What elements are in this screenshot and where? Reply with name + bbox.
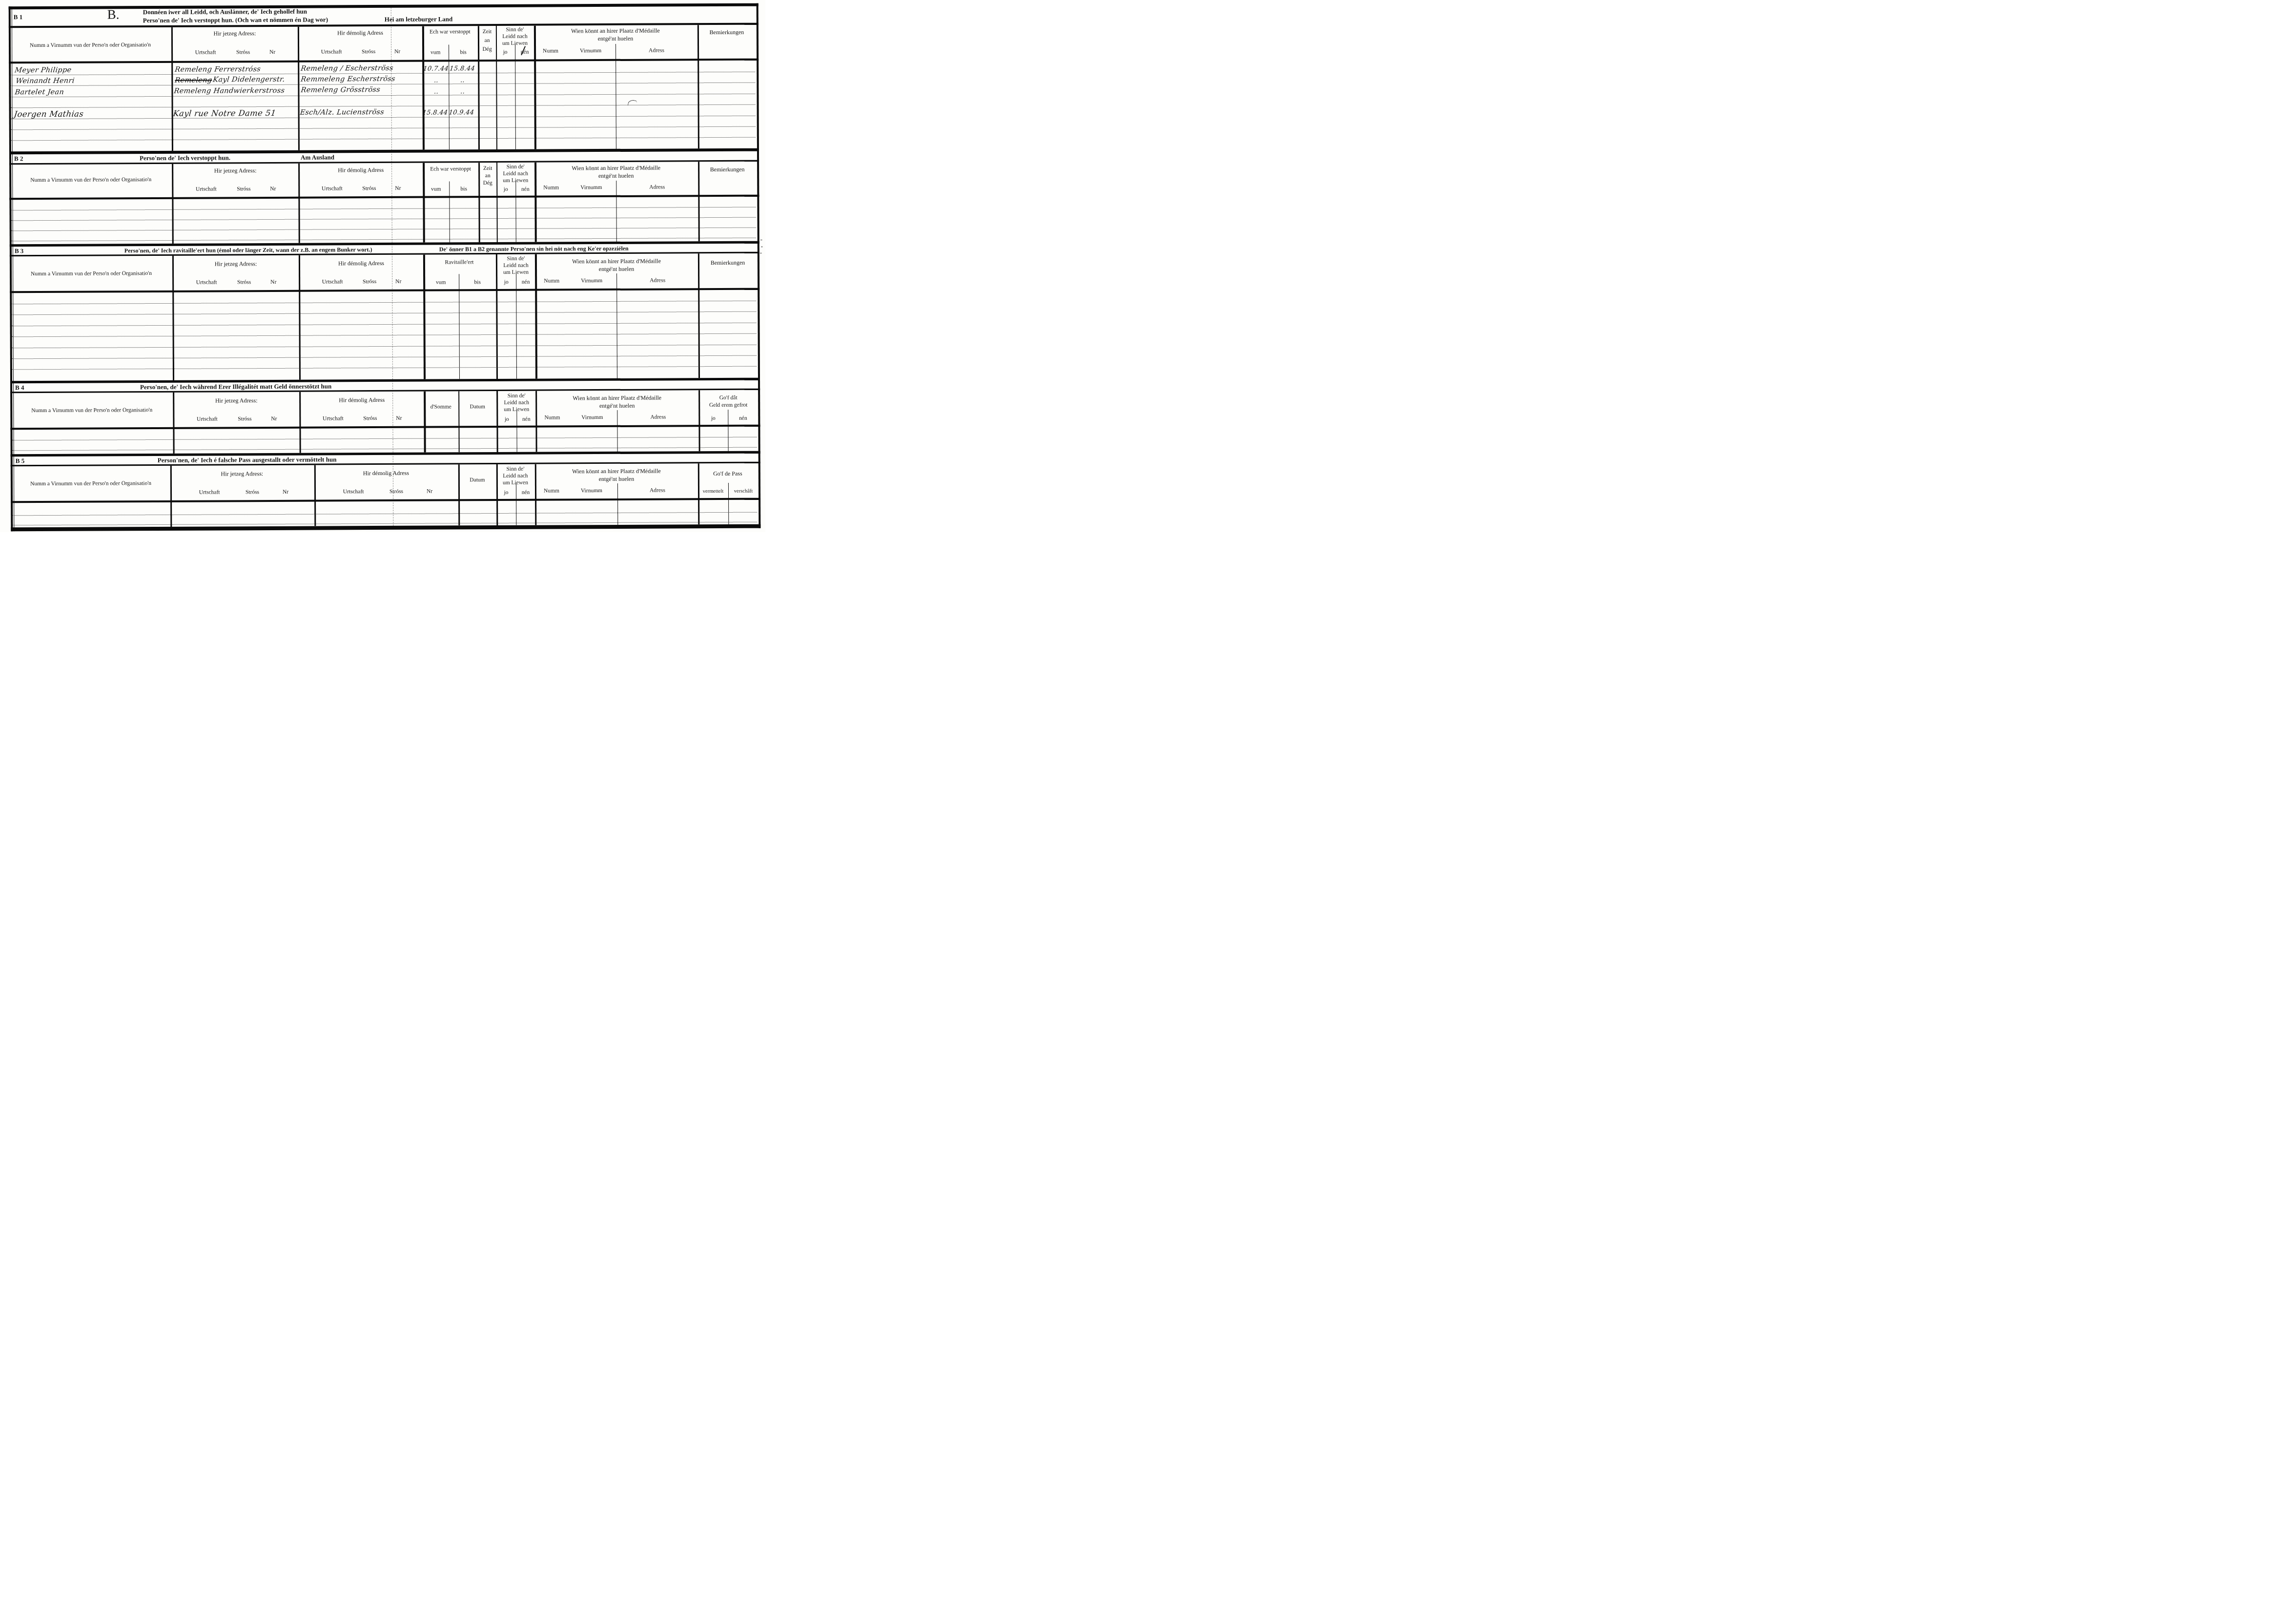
b4-gof-line1: Go'f dât <box>719 395 738 401</box>
rule-b1-header-bottom <box>9 59 758 64</box>
b5-demolig-urtschaft: Urtschaft <box>343 489 364 495</box>
entry-vum: 15.8.44 <box>422 109 449 116</box>
scan-speck <box>760 253 762 254</box>
b4-sinn-2: Leidd nach <box>504 400 529 406</box>
b4-numm: Numm <box>544 415 560 420</box>
b1-adress: Adress <box>649 47 664 53</box>
b2-col-line <box>534 163 537 242</box>
b3-adress: Adress <box>650 277 665 283</box>
rule-b5-title-bottom <box>11 462 760 467</box>
entry-jetzeg: Remeleng Handwierkerstross <box>173 87 285 95</box>
b2-period-title: Ech war verstoppt <box>430 166 471 172</box>
b2-virnumm: Virnumm <box>580 185 602 190</box>
b1-col-line <box>422 26 425 150</box>
b1-bemierkungen: Bemierkungen <box>710 29 744 36</box>
b2-numm: Numm <box>543 185 559 190</box>
rule-b2-header-bottom <box>9 195 759 200</box>
b2-row-line <box>11 228 756 231</box>
b5-col-line <box>535 464 537 525</box>
b3-demolig-urtschaft: Urtschaft <box>322 279 343 285</box>
b4-jetzeg-stross: Stróss <box>238 416 251 422</box>
section-b2-label: B 2 <box>14 155 23 163</box>
rule-b2-top <box>9 148 759 155</box>
section-b5-label: B 5 <box>16 457 24 465</box>
b2-row-line <box>11 238 756 242</box>
b5-jetzeg-nr: Nr <box>283 489 288 495</box>
b3-sinn-1: Sinn de' <box>507 256 525 262</box>
section-b2-title: Perso'nen de' Iech verstoppt hun. <box>140 154 230 162</box>
b1-sinn-1: Sinn de' <box>506 27 524 33</box>
b3-nen: nén <box>522 279 530 285</box>
b5-sinn-2: Leidd nach <box>503 473 528 479</box>
right-border <box>756 3 760 528</box>
b3-numm: Numm <box>544 278 559 284</box>
b1-jetzeg-title: Hir jetzeg Adress: <box>214 30 256 37</box>
entry-bis-ditto: .. <box>460 88 466 95</box>
b1-col-line <box>697 25 699 148</box>
b5-demolig-title: Hir démolig Adress <box>363 470 409 477</box>
b3-sinn-2: Leidd nach <box>503 263 528 269</box>
b3-row-line <box>12 323 757 327</box>
b2-wien-line1: Wien könnt an hirer Plaatz d'Médaille <box>572 165 660 172</box>
b5-pass-vermettelt: vermettelt <box>703 489 724 494</box>
entry-vum-ditto: .. <box>433 77 439 84</box>
b2-col-line <box>698 162 700 241</box>
b5-col-line <box>170 466 172 527</box>
section-b4-label: B 4 <box>15 384 24 392</box>
b3-row-line <box>12 355 757 359</box>
pen-squiggle-mark <box>628 100 637 106</box>
b2-demolig-stross: Stróss <box>362 186 376 191</box>
b3-name-col-header: Numm a Virnumm vun der Perso'n oder Orga… <box>31 270 152 277</box>
b1-col-line <box>496 26 497 149</box>
b2-bis: bis <box>461 186 467 192</box>
b3-sinn-3: um Liewen <box>503 270 529 275</box>
b4-subcol-line <box>728 410 729 451</box>
b5-pass-title: Go'f de Pass <box>713 470 742 477</box>
b2-sinn-3: um Liewen <box>503 178 528 184</box>
b1-virnumm: Virnumm <box>580 48 601 54</box>
b3-row-line <box>12 366 757 370</box>
b4-wien-line2: entgé'nt huelen <box>599 402 635 410</box>
b4-gof-nen: nén <box>739 415 747 421</box>
b4-datum: Datum <box>470 404 485 410</box>
b3-wien-line1: Wien könnt an hirer Plaatz d'Médaille <box>572 258 661 266</box>
rule-b5-header-bottom <box>11 498 760 503</box>
b4-name-col-header: Numm a Virnumm vun der Perso'n oder Orga… <box>31 407 152 414</box>
b2-jetzeg-urtschaft: Urtschaft <box>196 186 217 192</box>
b3-jetzeg-urtschaft: Urtschaft <box>196 279 217 285</box>
entry-vum-ditto: .. <box>434 88 439 95</box>
b2-zeit-2: an <box>485 173 491 179</box>
entry-demolig: Remeleng Grösströss <box>300 86 380 94</box>
rule-top <box>9 3 758 10</box>
b5-virnumm: Virnumm <box>581 488 602 494</box>
b3-bis: bis <box>474 279 480 285</box>
b2-col-line <box>423 163 425 243</box>
rule-bottom <box>11 524 760 532</box>
b1-zeit-3: Dég <box>482 46 492 52</box>
b2-demolig-nr: Nr <box>395 186 401 191</box>
b4-adress: Adress <box>650 414 666 420</box>
entry-jetzeg: Kayl rue Notre Dame 51 <box>173 108 277 118</box>
b5-subcol-line <box>516 484 517 525</box>
b2-vum: vum <box>431 186 441 192</box>
entry-bis: 10.9.44 <box>449 109 475 116</box>
b4-subcol-line <box>516 411 517 452</box>
entry-demolig: Esch/Alz. Lucienströss <box>300 108 385 117</box>
b1-sinn-2: Leidd nach <box>502 34 527 40</box>
b4-subcol-line <box>617 410 618 452</box>
entry-name: Weinandt Henri <box>15 77 75 85</box>
entry-jetzeg: Kayl Didelengerstr. <box>212 76 285 84</box>
b4-col-line <box>424 392 426 453</box>
rule-b3-header-bottom <box>10 288 759 293</box>
b5-datum: Datum <box>470 477 485 483</box>
b1-zeit-2: an <box>485 38 490 43</box>
b5-subcol-line <box>617 483 618 525</box>
b3-jetzeg-nr: Nr <box>270 279 276 285</box>
b4-col-line <box>496 391 498 452</box>
b4-demolig-title: Hir démolig Adress <box>339 396 385 404</box>
b5-jetzeg-title: Hir jetzeg Adress: <box>221 470 263 477</box>
b5-sinn-3: um Liewen <box>503 480 528 486</box>
b5-nen: nén <box>522 490 530 496</box>
b1-demolig-nr: Nr <box>394 49 400 55</box>
b2-zeit-1: Zeit <box>483 166 492 171</box>
b2-nen: nén <box>521 187 530 192</box>
b2-col-line <box>496 163 498 242</box>
b3-col-line <box>496 254 498 379</box>
section-b3-title: Perso'nen, de' Iech ravitaille'ert hun (… <box>124 246 372 254</box>
entry-jetzeg: Remeleng Ferrerstróss <box>174 65 261 74</box>
b5-col-line <box>496 464 498 525</box>
b3-row-line <box>12 345 757 349</box>
b5-demolig-nr: Nr <box>427 489 432 495</box>
b2-subcol-line <box>616 181 617 242</box>
b5-jetzeg-urtschaft: Urtschaft <box>199 489 220 495</box>
b4-virnumm: Virnumm <box>581 415 603 420</box>
b4-demolig-urtschaft: Urtschaft <box>323 415 344 421</box>
b2-row-line <box>11 217 756 221</box>
b5-demolig-stross: Stróss <box>389 489 403 495</box>
rule-b5-top <box>11 451 760 457</box>
fold-crease-line <box>391 5 394 528</box>
b3-row-line <box>12 333 757 337</box>
b5-row-line <box>12 512 757 516</box>
b3-bemierkungen: Bemierkungen <box>711 259 745 267</box>
b1-row-line <box>11 126 756 130</box>
b1-vum: vum <box>430 49 441 55</box>
b4-nen: nén <box>522 416 531 422</box>
b4-row-line <box>12 447 757 451</box>
b3-jetzeg-stross: Stróss <box>237 279 251 285</box>
b1-wien-line2: entgé'nt huelen <box>598 35 634 42</box>
b4-row-line <box>12 437 757 441</box>
b5-numm: Numm <box>544 488 559 494</box>
b3-demolig-nr: Nr <box>395 279 401 285</box>
b4-col-line <box>535 391 537 452</box>
scan-speck <box>760 240 762 241</box>
entry-name: Bartelet Jean <box>14 88 64 96</box>
rule-b3-top <box>10 241 759 247</box>
entry-vum: 10.7.44 <box>423 65 449 72</box>
b3-jetzeg-title: Hir jetzeg Adress: <box>215 260 257 268</box>
section-b5-title: Person'nen, de' Iech é falsche Pass ausg… <box>158 456 337 464</box>
b2-subcol-line <box>449 181 450 242</box>
b4-jo: jo <box>505 416 509 422</box>
section-b1-title-line2: Perso'nen de' Iech verstoppt hun. (Och w… <box>143 16 328 24</box>
b4-col-line <box>173 393 174 454</box>
b3-col-line <box>172 256 174 380</box>
b2-adress: Adress <box>649 184 665 190</box>
section-b3-title2: De' önner B1 a B2 genannte Perso'nen sin… <box>439 245 629 253</box>
b1-col-line <box>534 26 536 149</box>
b5-col-line <box>314 465 316 526</box>
scan-speck <box>761 247 763 248</box>
b4-sinn-3: um Liewen <box>504 407 529 413</box>
b4-demolig-nr: Nr <box>396 415 402 421</box>
b3-col-line <box>698 253 700 378</box>
section-b2-subtitle: Am Ausland <box>301 153 334 161</box>
b2-sinn-2: Leidd nach <box>503 171 528 177</box>
b5-subcol-line <box>728 483 729 524</box>
b4-wien-line1: Wien könnt an hirer Plaatz d'Médaille <box>573 394 661 402</box>
b5-adress: Adress <box>650 487 665 493</box>
b2-name-col-header: Numm a Virnumm vun der Perso'n oder Orga… <box>30 177 151 183</box>
b1-row-line <box>11 104 756 108</box>
entry-name: Joergen Mathias <box>14 109 84 119</box>
b2-demolig-urtschaft: Urtschaft <box>322 186 343 191</box>
b2-col-line <box>172 164 173 244</box>
b4-jetzeg-title: Hir jetzeg Adress: <box>215 397 258 404</box>
b1-jetzeg-nr: Nr <box>269 49 275 55</box>
b4-jetzeg-nr: Nr <box>271 416 277 422</box>
b2-subcol-line <box>515 181 516 242</box>
rule-b4-top <box>10 378 760 384</box>
b1-col-line <box>298 27 300 150</box>
b3-virnumm: Virnumm <box>581 278 602 284</box>
b4-gof-jo: jo <box>711 415 716 421</box>
b2-jetzeg-title: Hir jetzeg Adress: <box>214 167 257 174</box>
b5-wien-line1: Wien könnt an hirer Plaatz d'Médaille <box>572 468 661 476</box>
b3-demolig-stross: Stróss <box>363 279 376 285</box>
b4-col-line <box>299 392 301 453</box>
b3-vum: vum <box>436 279 446 285</box>
b1-row-line <box>10 94 755 98</box>
b1-demolig-urtschaft: Urtschaft <box>321 49 342 55</box>
paper-sheet: B 1 B. Donnéen iwer all Leidd, och Auslä… <box>0 0 765 532</box>
b4-col-line <box>698 390 700 451</box>
b5-jetzeg-stross: Stróss <box>246 489 259 495</box>
rule-b4-title-bottom <box>10 389 760 394</box>
b4-sinn-1: Sinn de' <box>508 393 526 399</box>
b1-period-title: Ech war verstoppt <box>430 29 471 35</box>
b3-col-line <box>535 254 537 379</box>
b3-col-line <box>423 255 426 379</box>
b2-jetzeg-nr: Nr <box>270 186 276 192</box>
b2-zeit-3: Dég <box>483 180 492 186</box>
b1-row-line <box>11 137 756 141</box>
b5-col-line <box>458 464 460 525</box>
b2-demolig-title: Hir démolig Adress <box>338 166 384 174</box>
b1-jetzeg-urtschaft: Urtschaft <box>195 49 216 55</box>
b1-jo: jo <box>503 49 508 55</box>
b5-jo: jo <box>504 490 509 496</box>
section-b1-title-right: Hei am letzeburger Land <box>385 15 453 23</box>
b3-period-title: Ravitaille'ert <box>445 259 473 265</box>
b5-sinn-1: Sinn de' <box>506 466 524 472</box>
entry-jetzeg-struck: Remeleng <box>174 77 212 84</box>
b4-col-line <box>458 391 460 452</box>
scanned-form-page: B 1 B. Donnéen iwer all Leidd, och Auslä… <box>0 0 765 532</box>
b1-demolig-stross: Stróss <box>362 49 375 55</box>
b3-col-line <box>299 255 301 380</box>
b2-jetzeg-stross: Stróss <box>237 186 250 192</box>
entry-demolig: Remeleng / Escherströss <box>300 64 393 73</box>
b4-demolig-stross: Stróss <box>363 415 377 421</box>
b2-row-line <box>11 207 756 211</box>
b2-bemierkungen: Bemierkungen <box>710 166 745 173</box>
b1-zeit-1: Zeit <box>483 29 492 35</box>
b1-numm: Numm <box>543 48 558 54</box>
b3-jo: jo <box>504 279 509 285</box>
entry-bis-ditto: .. <box>460 77 465 84</box>
rule-b3-title-bottom <box>10 252 759 257</box>
entry-bis: 15.8.44 <box>449 65 475 72</box>
b5-pass-verschaft: verschâft <box>734 489 753 494</box>
b1-col-line <box>478 26 480 149</box>
b3-row-line <box>11 301 756 305</box>
b2-wien-line2: entgé'nt huelen <box>598 172 634 180</box>
b5-col-line <box>698 463 700 524</box>
b1-bis: bis <box>460 49 466 55</box>
b4-gof-line2: Geld erem gefrot <box>709 402 748 408</box>
b5-name-col-header: Numm a Virnumm vun der Perso'n oder Orga… <box>30 480 151 487</box>
b4-jetzeg-urtschaft: Urtschaft <box>197 416 218 422</box>
b4-somme: d'Somme <box>430 404 451 410</box>
b3-row-line <box>11 311 756 315</box>
b3-wien-line2: entgé'nt huelen <box>599 266 635 273</box>
section-b1-title-line1: Donnéen iwer all Leidd, och Auslänner, d… <box>143 8 307 16</box>
b2-sinn-1: Sinn de' <box>507 164 525 170</box>
b2-jo: jo <box>504 187 508 192</box>
b1-jetzeg-stross: Stróss <box>236 49 250 55</box>
b1-col-line <box>171 27 173 151</box>
entry-demolig: Remmeleng Escherströss <box>300 75 395 83</box>
entry-name: Meyer Philippe <box>14 66 72 75</box>
section-b1-letter: B. <box>107 7 120 22</box>
b2-col-line <box>478 163 480 242</box>
b3-demolig-title: Hir démolig Adress <box>338 260 384 267</box>
b1-name-col-header: Numm a Virnumm vun der Perso'n oder Orga… <box>30 42 151 48</box>
section-b3-label: B 3 <box>15 247 23 255</box>
b1-demolig-title: Hir démolig Adress <box>337 29 383 37</box>
b1-sinn-3: um Liewen <box>502 41 528 46</box>
section-b4-title: Perso'nen, de' Iech während Erer Illégal… <box>140 382 331 391</box>
rule-b4-header-bottom <box>10 425 760 430</box>
section-b1-label: B 1 <box>14 13 22 21</box>
b5-wien-line2: entgé'nt huelen <box>599 476 635 483</box>
b2-col-line <box>298 164 300 243</box>
b1-wien-line1: Wien könnt an hirer Plaatz d'Médaille <box>571 27 660 35</box>
